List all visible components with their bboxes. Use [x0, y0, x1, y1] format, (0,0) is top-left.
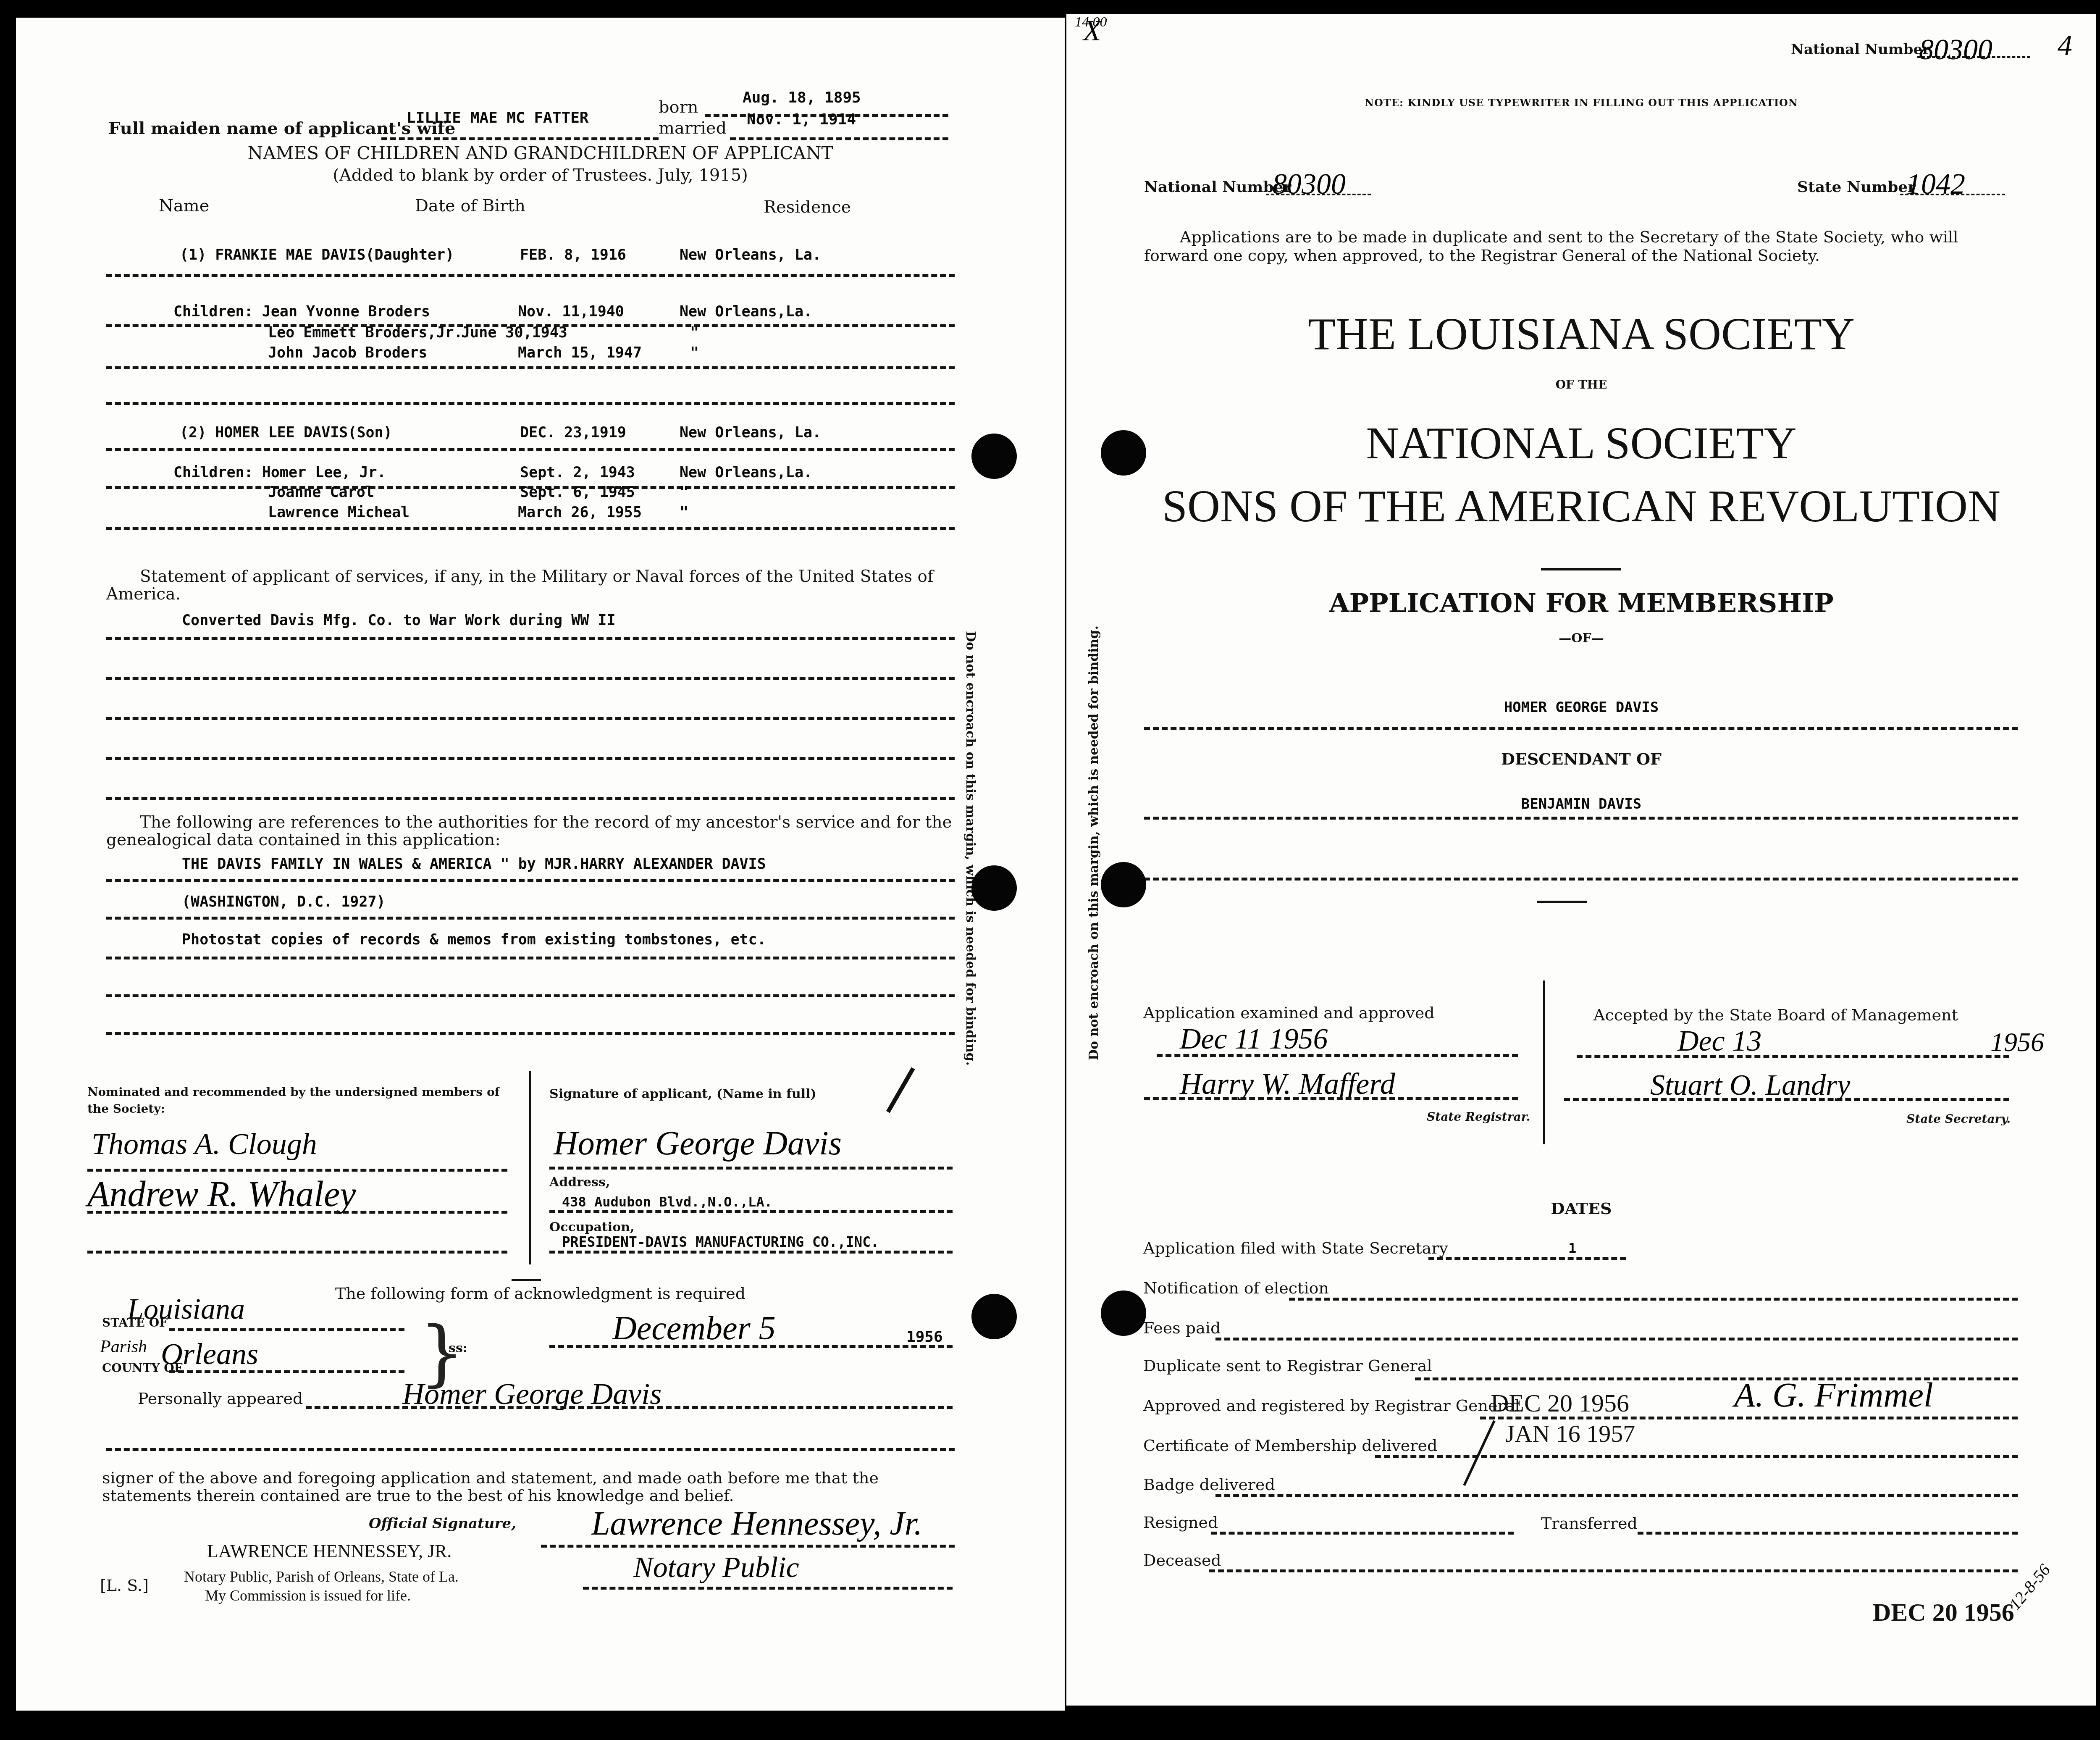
child-row-2-dob: Nov. 11,1940 — [518, 303, 624, 320]
punch-hole — [971, 865, 1017, 911]
received-stamp: DEC 20 1956 — [1873, 1598, 2014, 1627]
notary-line-1: Notary Public, Parish of Orleans, State … — [184, 1568, 459, 1585]
heading-of-the: OF THE — [1066, 378, 2096, 392]
ack-date: December 5 — [612, 1309, 776, 1348]
punch-hole — [1101, 862, 1146, 907]
address-value: 438 Audubon Blvd.,N.O.,LA. — [562, 1194, 772, 1210]
examined-date: Dec 11 1956 — [1180, 1022, 1328, 1056]
registrar-title: State Registrar. — [1427, 1110, 1530, 1124]
married-label: married — [659, 118, 727, 138]
descendant-label: DESCENDANT OF — [1066, 749, 2096, 768]
oath-text: signer of the above and foregoing applic… — [102, 1469, 955, 1504]
date-row-label: Duplicate sent to Registrar General — [1143, 1356, 1432, 1375]
heading-national-society: NATIONAL SOCIETY — [1066, 418, 2096, 470]
national-number-label: National Number — [1144, 178, 1291, 196]
child-row-2-name: Children: Jean Yvonne Broders — [173, 303, 430, 320]
punch-hole — [971, 434, 1017, 479]
services-line-1: Converted Davis Mfg. Co. to War Work dur… — [182, 612, 616, 629]
date-row-label: Badge delivered — [1143, 1475, 1275, 1494]
stamp-handwritten-note: 12-8-56 — [2005, 1560, 2054, 1614]
punch-hole — [1101, 430, 1146, 476]
applicant-name: HOMER GEORGE DAVIS — [1066, 699, 2096, 716]
child-row-7-dob: Sept. 6, 1945 — [520, 484, 635, 501]
registrar-general-stamp-date: DEC 20 1956 — [1491, 1389, 1629, 1418]
wife-label: Full maiden name of applicant's wife — [108, 118, 456, 138]
child-row-8-residence: " — [680, 504, 688, 521]
application-title: APPLICATION FOR MEMBERSHIP — [1066, 588, 2096, 618]
secretary-signature: Stuart O. Landry — [1650, 1069, 1850, 1102]
child-row-8-name: Lawrence Micheal — [268, 504, 409, 521]
col-name: Name — [159, 196, 209, 216]
applicant-signature: Homer George Davis — [554, 1125, 842, 1163]
notary-line-2: My Commission is issued for life. — [205, 1587, 411, 1604]
child-row-3-name: Leo Emmett Broders,Jr. — [268, 324, 463, 341]
child-row-4-dob: March 15, 1947 — [518, 344, 642, 361]
child-row-3-dob: June 30,1943 — [461, 324, 567, 341]
check-mark-icon — [882, 1065, 915, 1113]
child-row-5-residence: New Orleans, La. — [680, 424, 821, 441]
notary-name: LAWRENCE HENNESSEY, JR. — [207, 1540, 451, 1562]
child-row-5-dob: DEC. 23,1919 — [520, 424, 626, 441]
child-row-4-name: John Jacob Broders — [268, 344, 427, 361]
left-page: Full maiden name of applicant's wife LIL… — [16, 18, 1065, 1711]
child-row-6-residence: New Orleans,La. — [680, 464, 812, 481]
deceased-label: Deceased — [1143, 1551, 1221, 1569]
punch-hole — [1101, 1291, 1146, 1336]
top-mark-number: 14.00 — [1075, 14, 1107, 30]
accepted-date: Dec 13 — [1677, 1025, 1761, 1058]
secretary-title: State Secretary. — [1906, 1112, 2011, 1126]
nominator-signature-2: Andrew R. Whaley — [87, 1173, 356, 1215]
binding-margin-note-right: Do not encroach on this margin, which is… — [1087, 626, 1101, 1060]
references-label: The following are references to the auth… — [106, 814, 959, 849]
child-row-7-name: Joanne Carol — [268, 484, 374, 501]
heading-louisiana-society: THE LOUISIANA SOCIETY — [1066, 308, 2096, 360]
reference-line-1: THE DAVIS FAMILY IN WALES & AMERICA " by… — [182, 856, 766, 873]
date-row-label: Fees paid — [1143, 1319, 1221, 1337]
date-row-label: Application filed with State Secretary — [1143, 1239, 1448, 1257]
state-number-value: 1042 — [1906, 168, 1965, 201]
child-row-1-name: (1) FRANKIE MAE DAVIS(Daughter) — [180, 247, 454, 263]
binding-margin-note-left: Do not encroach on this margin, which is… — [963, 631, 978, 1066]
checkmark-stroke-icon — [1463, 1420, 1495, 1486]
col-residence: Residence — [764, 197, 851, 217]
address-label: Address, — [549, 1175, 610, 1190]
date-row-label: Approved and registered by Registrar Gen… — [1143, 1396, 1520, 1415]
children-title: NAMES OF CHILDREN AND GRANDCHILDREN OF A… — [16, 143, 1065, 163]
state-value: Louisiana — [127, 1293, 245, 1326]
child-row-5-name: (2) HOMER LEE DAVIS(Son) — [180, 424, 392, 441]
instructions-text: Applications are to be made in duplicate… — [1144, 228, 2016, 265]
official-signature-label: Official Signature, — [369, 1515, 516, 1532]
corner-mark: 4 — [2058, 29, 2072, 63]
national-number-value: 80300 — [1272, 168, 1346, 201]
registrar-signature: Harry W. Mafferd — [1180, 1067, 1395, 1101]
reference-line-3: Photostat copies of records & memos from… — [182, 931, 766, 948]
certificate-stamp-date: JAN 16 1957 — [1505, 1419, 1635, 1448]
child-row-1-residence: New Orleans, La. — [680, 247, 821, 263]
typewriter-note: NOTE: KINDLY USE TYPEWRITER IN FILLING O… — [1066, 97, 2096, 109]
ss-label: ss: — [449, 1341, 467, 1356]
seal-label: [L. S.] — [100, 1576, 149, 1595]
applicant-signature-label: Signature of applicant, (Name in full) — [549, 1087, 816, 1101]
child-row-1-dob: FEB. 8, 1916 — [520, 247, 626, 263]
dates-title: DATES — [1066, 1199, 2096, 1218]
wife-name: LILLIE MAE MC FATTER — [407, 109, 588, 126]
child-row-6-name: Children: Homer Lee, Jr. — [173, 464, 386, 481]
child-row-3-residence: " — [690, 324, 699, 341]
national-number-top-label: National Number — [1791, 41, 1930, 58]
heading-sar: SONS OF THE AMERICAN REVOLUTION — [1066, 481, 2096, 533]
date-row-value: 1 — [1568, 1240, 1576, 1256]
occupation-label: Occupation, — [549, 1220, 634, 1235]
transferred-label: Transferred — [1541, 1514, 1638, 1532]
nominated-label: Nominated and recommended by the undersi… — [87, 1084, 512, 1117]
official-signature: Lawrence Hennessey, Jr. — [591, 1505, 922, 1543]
col-dob: Date of Birth — [415, 196, 525, 216]
right-page: X 14.00 National Number 80300 4 NOTE: KI… — [1066, 14, 2096, 1706]
parish-note: Parish — [100, 1337, 147, 1357]
registrar-general-signature: A. G. Frimmel — [1734, 1375, 1933, 1415]
wife-married: Nov. 1, 1914 — [747, 111, 856, 128]
children-subtitle: (Added to blank by order of Trustees. Ju… — [16, 166, 1065, 185]
county-value: Orleans — [161, 1337, 258, 1372]
child-row-2-residence: New Orleans,La. — [680, 303, 812, 320]
accepted-year: 1956 — [1990, 1027, 2044, 1058]
child-row-8-dob: March 26, 1955 — [518, 504, 642, 521]
ack-year: 1956 — [906, 1328, 943, 1346]
state-number-label: State Number — [1797, 178, 1916, 196]
services-label: Statement of applicant of services, if a… — [106, 568, 959, 603]
child-row-7-residence: " — [680, 484, 688, 501]
wife-born: Aug. 18, 1895 — [743, 89, 861, 106]
ancestor-name: BENJAMIN DAVIS — [1066, 796, 2096, 812]
nominator-signature-1: Thomas A. Clough — [92, 1127, 317, 1162]
date-row-label: Certificate of Membership delivered — [1143, 1436, 1437, 1455]
examined-label: Application examined and approved — [1143, 1004, 1434, 1022]
personally-appeared-label: Personally appeared — [138, 1389, 303, 1408]
notary-title-signature: Notary Public — [633, 1551, 799, 1585]
reference-line-2: (WASHINGTON, D.C. 1927) — [182, 894, 386, 910]
born-label: born — [659, 97, 698, 117]
resigned-label: Resigned — [1143, 1513, 1218, 1532]
accepted-label: Accepted by the State Board of Managemen… — [1593, 1006, 1958, 1024]
occupation-value: PRESIDENT-DAVIS MANUFACTURING CO.,INC. — [562, 1234, 879, 1250]
national-number-top: 80300 — [1919, 33, 1992, 67]
child-row-6-dob: Sept. 2, 1943 — [520, 464, 635, 481]
child-row-4-residence: " — [690, 344, 699, 361]
of-label: —OF— — [1066, 631, 2096, 646]
date-row-label: Notification of election — [1143, 1279, 1329, 1297]
